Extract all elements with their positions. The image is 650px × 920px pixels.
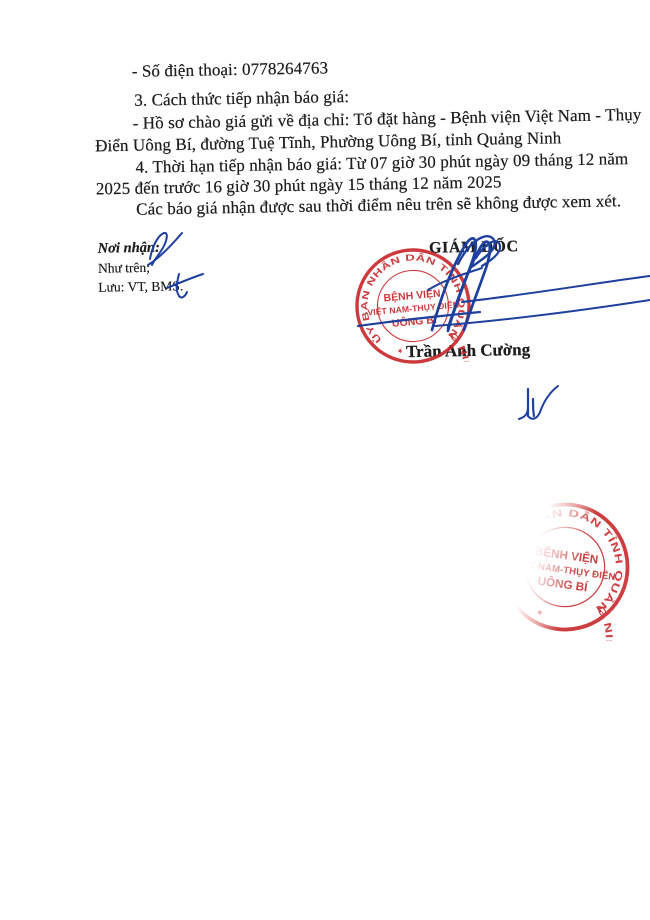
official-stamp-partial: ỦY BAN NHÂN DÂN TỈNH QUẢNG NINH ★ BỆNH V…: [489, 491, 640, 642]
initial-paraph-luu: [163, 270, 207, 300]
document-body: - Số điện thoại: 0778264763 3. Cách thức…: [0, 0, 650, 242]
section-3-heading: 3. Cách thức tiếp nhận báo giá:: [134, 87, 349, 111]
scanned-document-page: - Số điện thoại: 0778264763 3. Cách thức…: [0, 0, 650, 920]
initial-paraph-top: [140, 229, 186, 269]
initial-paraph-lower: [515, 383, 561, 425]
director-signature: [340, 228, 650, 340]
stamp-star-icon: ★: [535, 608, 545, 619]
stamp-graphic: ỦY BAN NHÂN DÂN TỈNH QUẢNG NINH ★ BỆNH V…: [489, 491, 640, 642]
stamp-star-icon: ★: [396, 347, 404, 356]
phone-line: - Số điện thoại: 0778264763: [132, 58, 329, 81]
